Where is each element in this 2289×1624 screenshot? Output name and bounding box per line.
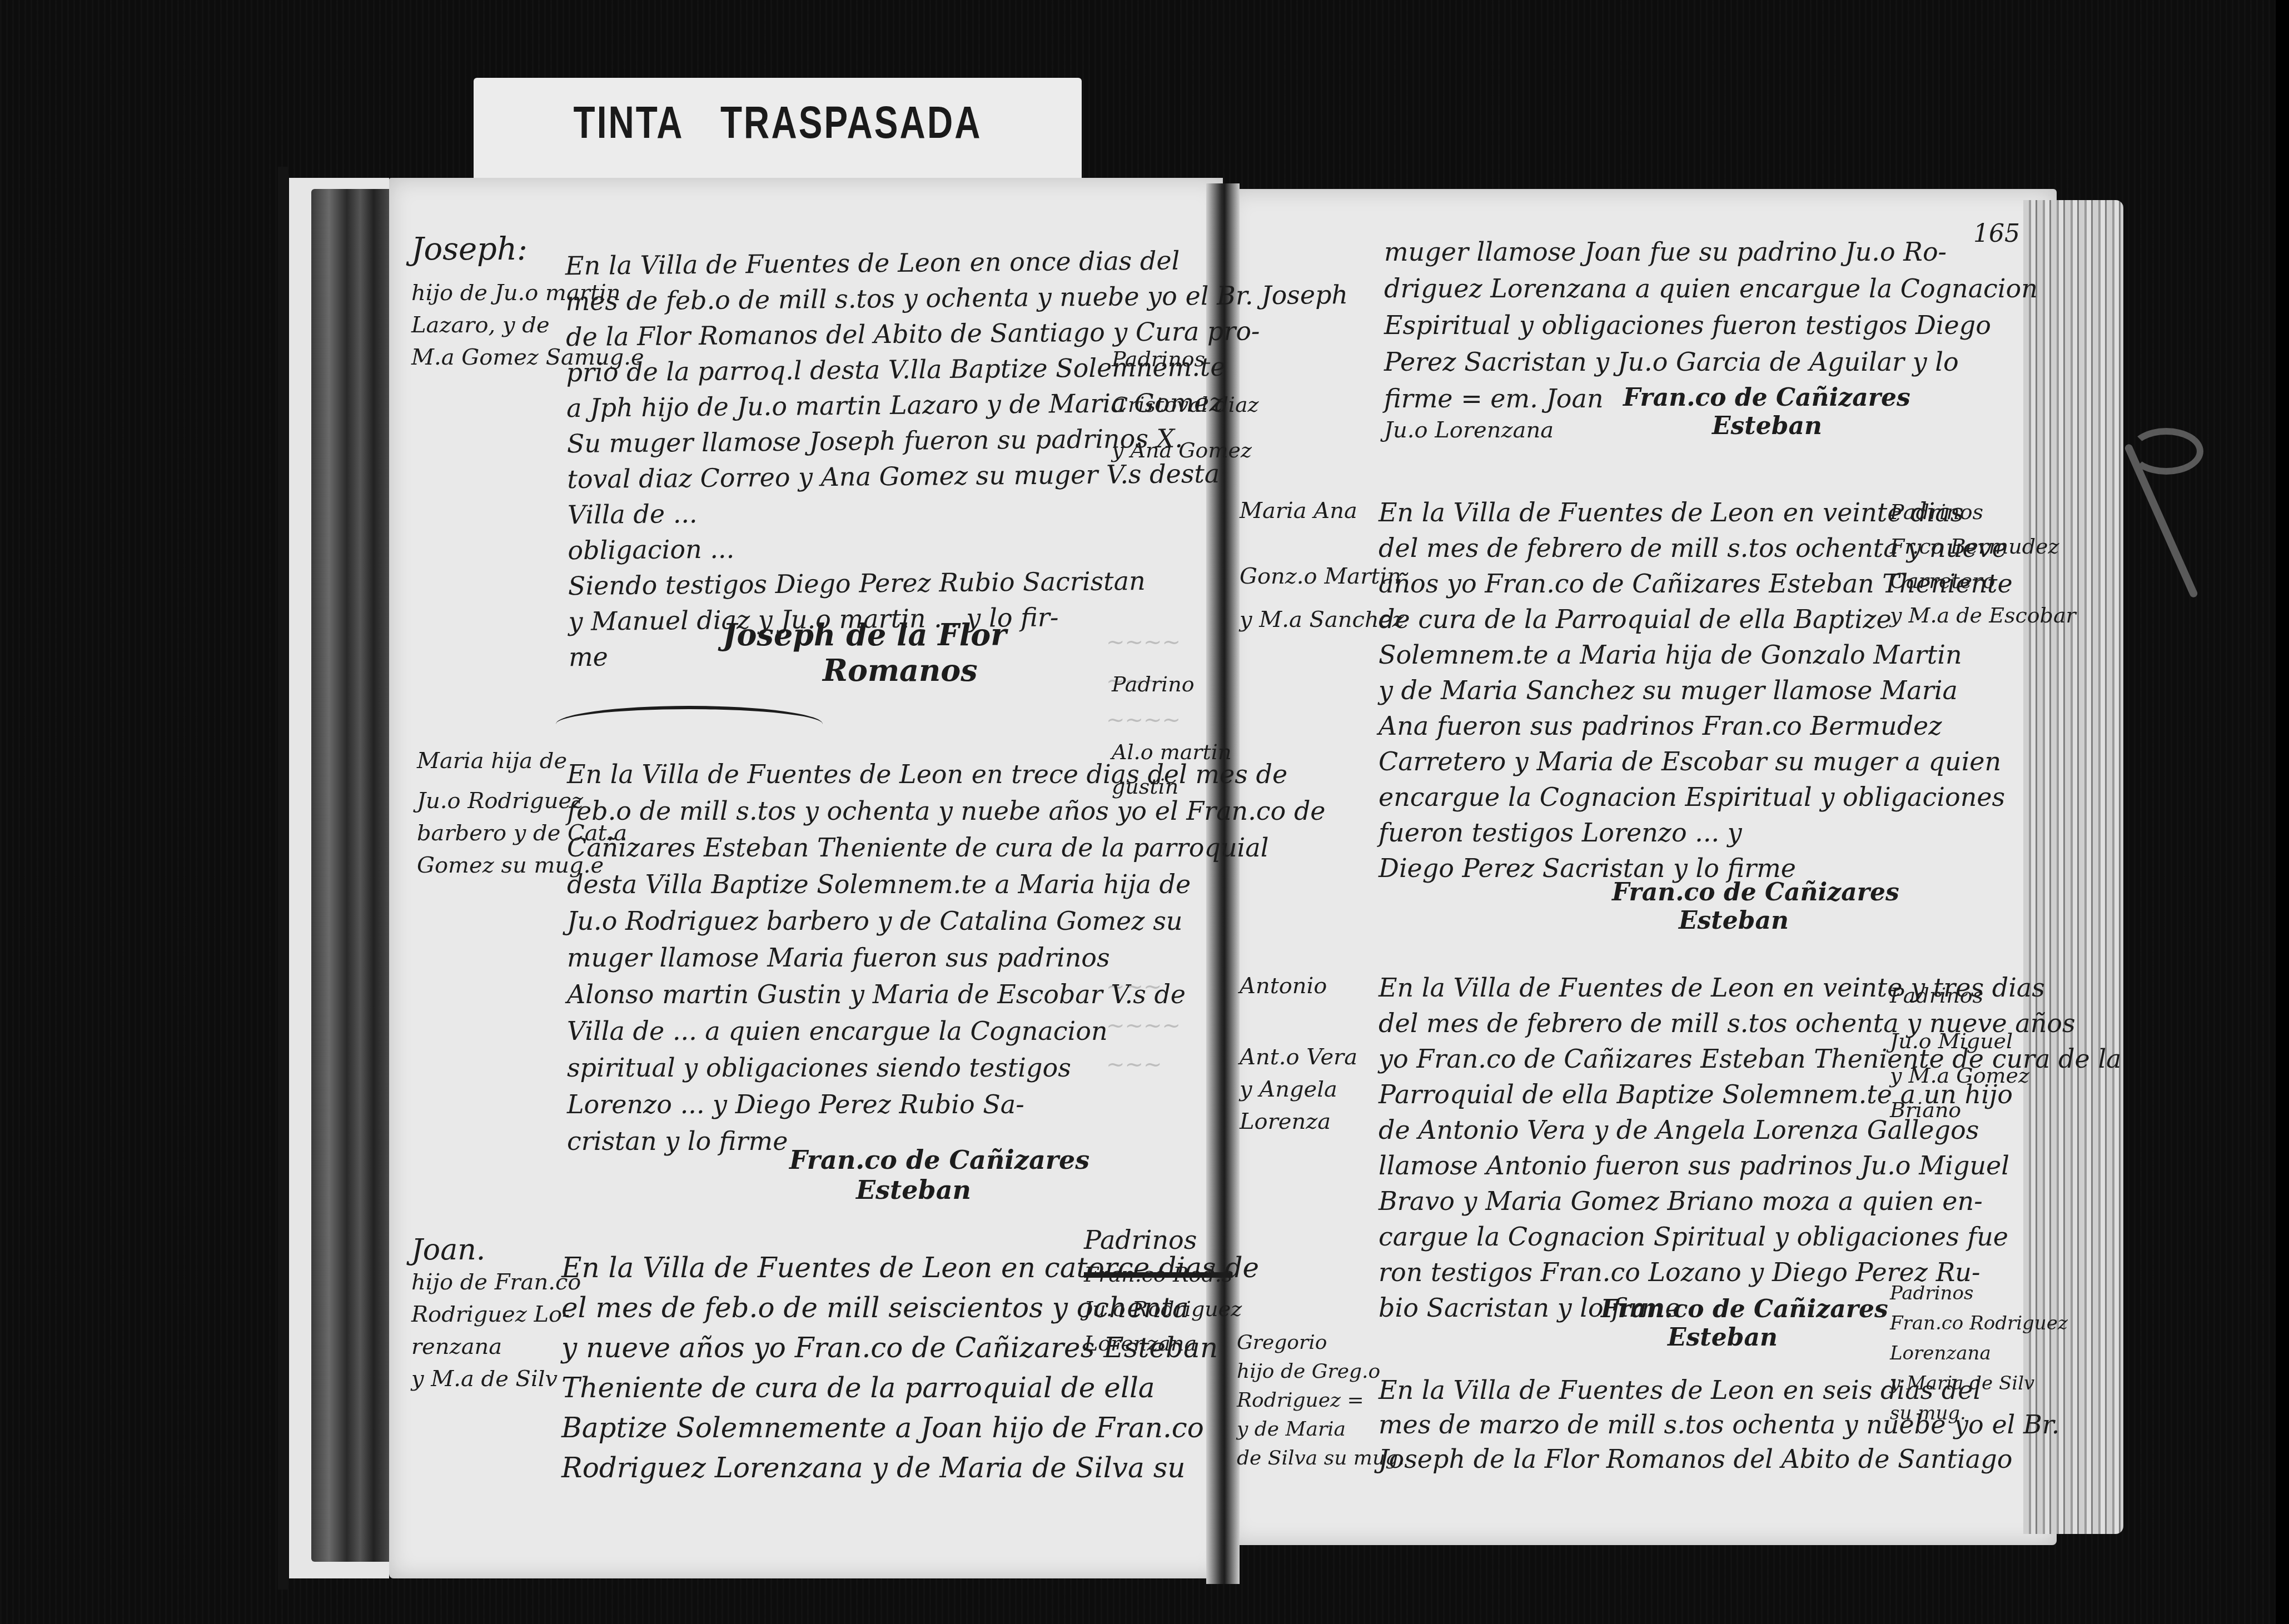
body-line: spiritual y obligaciones siendo testigos	[567, 1049, 1326, 1086]
padrinos-label: Padrinos	[1084, 1223, 1242, 1257]
body-line: Alonso martin Gustin y Maria de Escobar …	[567, 976, 1326, 1013]
body-line: Ana fueron sus padrinos Fran.co Bermudez	[1379, 708, 2013, 744]
padrinos-label: Padrino	[1112, 667, 1231, 701]
padrino-name: y Maria de Silv	[1890, 1368, 2068, 1398]
padrino-name: Al.o martin	[1112, 735, 1231, 769]
margin-line: y Angela	[1240, 1073, 1357, 1105]
padrinos-label: Padrinos	[1112, 342, 1259, 376]
padrino-name: Lorenzana	[1084, 1326, 1242, 1361]
padrino-name: Carretero	[1890, 564, 2076, 598]
body-line: Baptize Solemnemente a Joan hijo de Fran…	[561, 1408, 1259, 1448]
padrinos-note: Padrinos Cristoval diaz y Ana Gomez	[1112, 342, 1259, 467]
body-line: Lorenzo ... y Diego Perez Rubio Sa-	[567, 1086, 1326, 1123]
padrino-name: Briano	[1890, 1093, 2029, 1127]
signature-line: Fran.co de Cañizares	[1612, 878, 1899, 906]
padrino-name: Cristoval diaz	[1112, 387, 1259, 422]
margin-line: y M.a de Silv	[411, 1363, 581, 1395]
body-line: Rodriguez Lorenzana y de Maria de Silva …	[561, 1448, 1259, 1488]
entry-body: En la Villa de Fuentes de Leon en trece …	[567, 756, 1326, 1159]
signature: Fran.co de Cañizares Esteban	[1601, 1295, 1888, 1352]
signature-line: Joseph de la Flor	[723, 617, 1007, 652]
padrino-name: y Ana Gomez	[1112, 433, 1259, 467]
padrino-name: y M.a de Escobar	[1890, 598, 2076, 632]
body-line: Ju.o Rodriguez barbero y de Catalina Gom…	[567, 903, 1326, 939]
signature: Joseph de la Flor Romanos	[723, 617, 1007, 688]
body-line: encargue la Cognacion Espiritual y oblig…	[1379, 779, 2013, 815]
padrino-name: gustin	[1112, 769, 1231, 804]
signature-line: Romanos	[823, 652, 1007, 688]
padrino-name: su mug.	[1890, 1398, 2068, 1428]
padrinos-label: Padrinos	[1890, 1278, 2068, 1308]
film-edge-right	[2276, 0, 2289, 1624]
signature-line: Esteban	[1668, 1323, 1888, 1352]
body-line: Villa de ... a quien encargue la Cognaci…	[567, 1013, 1326, 1049]
signature: Fran.co de Cañizares Esteban	[1623, 383, 1910, 440]
padrinos-label: Padrinos	[1890, 978, 2029, 1013]
padrinos-note: Padrinos Ju.o Miguel y M.a Gomez Briano	[1890, 978, 2029, 1127]
body-line: Theniente de cura de la parroquial de el…	[561, 1368, 1259, 1408]
margin-line: Ant.o Vera	[1240, 1041, 1357, 1073]
body-line: Perez Sacristan y Ju.o Garcia de Aguilar…	[1384, 343, 2038, 380]
padrinos-note: Padrino Al.o martin gustin	[1112, 667, 1231, 804]
body-line: llamose Antonio fueron sus padrinos Ju.o…	[1379, 1148, 2122, 1183]
baptized-name: Gregorio	[1237, 1328, 1405, 1357]
padrino-name: Fr.co Bermudez	[1890, 529, 2076, 564]
margin-line: renzana	[411, 1331, 581, 1363]
padrinos-note: Padrinos Fran.co Rodriguez Lorenzana y M…	[1890, 1278, 2068, 1428]
margin-line: Rodriguez Lo-	[411, 1298, 581, 1331]
signature: Fran.co de Cañizares Esteban	[1612, 878, 1899, 935]
body-line: driguez Lorenzana a quien encargue la Co…	[1384, 270, 2038, 307]
body-line: muger llamose Joan fue su padrino Ju.o R…	[1384, 233, 2038, 270]
baptized-name: Joan.	[411, 1234, 581, 1266]
body-line: Joseph de la Flor Romanos del Abito de S…	[1379, 1442, 2059, 1476]
padrinos-note: Padrinos Fr.co Bermudez Carretero y M.a …	[1890, 495, 2076, 632]
margin-line: hijo de Fran.co	[411, 1266, 581, 1298]
body-line: y de Maria Sanchez su muger llamose Mari…	[1379, 672, 2013, 708]
body-line: Espiritual y obligaciones fueron testigo…	[1384, 307, 2038, 343]
padrinos-note: Padrinos Fran.co Rod.s Ju.o Rodriguez Lo…	[1084, 1223, 1242, 1361]
padrino-name-struck: Fran.co Rod.s	[1084, 1257, 1242, 1292]
signature-line: Fran.co de Cañizares	[789, 1145, 1089, 1175]
signature-line: Fran.co de Cañizares	[1623, 383, 1910, 412]
padrino-name: Ju.o Miguel	[1890, 1024, 2029, 1058]
padrinos-label: Padrinos	[1890, 495, 2076, 529]
entry-margin-name: Joan. hijo de Fran.co Rodriguez Lo- renz…	[411, 1234, 581, 1395]
signature-line: Esteban	[856, 1175, 1089, 1205]
signature-flourish	[556, 706, 823, 743]
body-line: Carretero y Maria de Escobar su muger a …	[1379, 744, 2013, 779]
margin-line: Lorenza	[1240, 1105, 1357, 1138]
entry-margin-name: Antonio Ant.o Vera y Angela Lorenza	[1240, 970, 1357, 1138]
signature-line: Esteban	[1712, 412, 1910, 440]
padrino-name: y M.a Gomez	[1890, 1058, 2029, 1093]
film-edge-left	[278, 167, 288, 1590]
book-page-edges-left	[311, 189, 400, 1562]
body-line: En la Villa de Fuentes de Leon en once d…	[565, 241, 1348, 283]
body-line: cargue la Cognacion Spiritual y obligaci…	[1379, 1219, 2122, 1254]
body-line: Solemnem.te a Maria hija de Gonzalo Mart…	[1379, 637, 2013, 672]
entry-margin-note: Ju.o Lorenzana	[1384, 414, 1554, 446]
baptized-name: Antonio	[1240, 970, 1357, 1002]
signature-line: Fran.co de Cañizares	[1601, 1295, 1888, 1323]
padrino-name: Lorenzana	[1890, 1338, 2068, 1368]
padrino-name: Fran.co Rodriguez	[1890, 1308, 2068, 1338]
body-line: desta Villa Baptize Solemnem.te a Maria …	[567, 866, 1326, 903]
signature: Fran.co de Cañizares Esteban	[789, 1145, 1089, 1205]
body-line: muger llamose Maria fueron sus padrinos	[567, 939, 1326, 976]
body-line: fueron testigos Lorenzo ... y	[1379, 815, 2013, 850]
body-line: Villa de ...	[568, 490, 1350, 532]
body-line: Bravo y Maria Gomez Briano moza a quien …	[1379, 1183, 2122, 1219]
signature-line: Esteban	[1679, 906, 1899, 935]
body-line: Cañizares Esteban Theniente de cura de l…	[567, 829, 1326, 866]
label-text: TINTA TRASPASADA	[540, 97, 1014, 149]
padrino-name: Ju.o Rodriguez	[1084, 1292, 1242, 1326]
